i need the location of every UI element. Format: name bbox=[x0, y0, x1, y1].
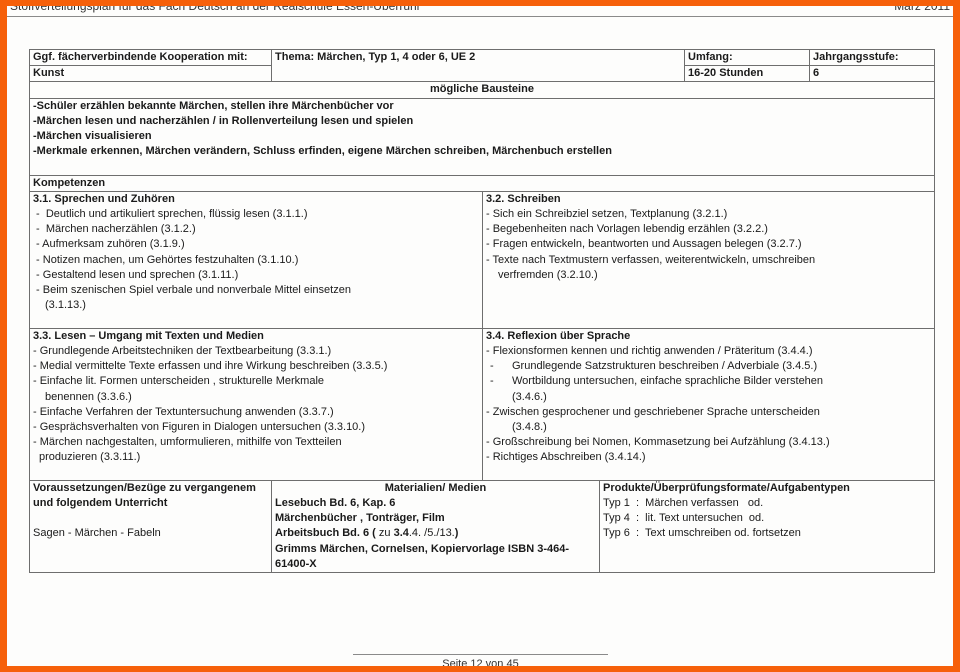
material-item: 61400-X bbox=[275, 557, 596, 572]
bullet: - bbox=[486, 359, 512, 374]
kompetenz-item: -Wortbildung untersuchen, einfache sprac… bbox=[486, 374, 931, 389]
bausteine-heading: mögliche Bausteine bbox=[30, 82, 935, 98]
sprechen-title: 3.1. Sprechen und Zuhören bbox=[33, 192, 479, 207]
kompetenz-item: - Gestaltend lesen und sprechen (3.1.11.… bbox=[33, 268, 479, 283]
kompetenz-item: - Aufmerksam zuhören (3.1.9.) bbox=[33, 237, 479, 252]
produkt-item: Typ 6 : Text umschreiben od. fortsetzen bbox=[603, 526, 931, 541]
kompetenz-item: - Zwischen gesprochener und geschriebene… bbox=[486, 405, 931, 420]
schreiben-title: 3.2. Schreiben bbox=[486, 192, 931, 207]
umfang-label: Umfang: bbox=[685, 50, 810, 66]
kompetenz-item: - Deutlich und artikuliert sprechen, flü… bbox=[33, 207, 479, 222]
schreiben-cell: 3.2. Schreiben - Sich ein Schreibziel se… bbox=[483, 191, 935, 328]
footer-rule bbox=[353, 654, 608, 655]
kompetenz-item-continued: (3.4.8.) bbox=[486, 420, 931, 435]
kompetenz-item-continued: (3.4.6.) bbox=[486, 390, 931, 405]
material-item: Märchenbücher , Tonträger, Film bbox=[275, 511, 596, 526]
jahrgang-label: Jahrgangsstufe: bbox=[810, 50, 935, 66]
footer-page-number: Seite 12 von 45 bbox=[353, 658, 608, 666]
produkte-heading: Produkte/Überprüfungsformate/Aufgabentyp… bbox=[603, 481, 931, 496]
kompetenz-item: - Fragen entwickeln, beantworten und Aus… bbox=[486, 237, 931, 252]
thema-cell: Thema: Märchen, Typ 1, 4 oder 6, UE 2 bbox=[272, 50, 685, 82]
kooperation-label: Ggf. fächerverbindende Kooperation mit: bbox=[30, 50, 272, 66]
produkte-cell: Produkte/Überprüfungsformate/Aufgabentyp… bbox=[600, 480, 935, 572]
material-item: Grimms Märchen, Cornelsen, Kopiervorlage… bbox=[275, 542, 596, 557]
kompetenz-item-continued: (3.1.13.) bbox=[33, 298, 479, 313]
sprechen-zuhoeren-cell: 3.1. Sprechen und Zuhören - Deutlich und… bbox=[30, 191, 483, 328]
voraussetzungen-cell: Voraussetzungen/Bezüge zu vergangenem un… bbox=[30, 480, 272, 572]
running-header: Stoffverteilungsplan für das Fach Deutsc… bbox=[7, 6, 953, 17]
baustein-item: -Märchen visualisieren bbox=[33, 129, 931, 144]
kompetenz-item-continued: produzieren (3.3.11.) bbox=[33, 450, 479, 465]
kooperation-value: Kunst bbox=[30, 66, 272, 82]
kompetenz-item: - Märchen nachgestalten, umformulieren, … bbox=[33, 435, 479, 450]
voraussetzungen-value: Sagen - Märchen - Fabeln bbox=[33, 526, 268, 541]
kompetenz-item: - Sich ein Schreibziel setzen, Textplanu… bbox=[486, 207, 931, 222]
baustein-item: -Schüler erzählen bekannte Märchen, stel… bbox=[33, 99, 931, 114]
kompetenz-item: - Großschreibung bei Nomen, Kommasetzung… bbox=[486, 435, 931, 450]
stoffverteilungsplan-table: Ggf. fächerverbindende Kooperation mit: … bbox=[29, 49, 935, 573]
kompetenz-item: - Einfache lit. Formen unterscheiden , s… bbox=[33, 374, 479, 389]
reflexion-title: 3.4. Reflexion über Sprache bbox=[486, 329, 931, 344]
material-item: Arbeitsbuch Bd. 6 ( zu 3.4.4. /5./13.) bbox=[275, 526, 596, 541]
bullet: - bbox=[486, 374, 512, 389]
materialien-cell: Materialien/ Medien Lesebuch Bd. 6, Kap.… bbox=[272, 480, 600, 572]
kompetenz-item: - Grundlegende Arbeitstechniken der Text… bbox=[33, 344, 479, 359]
lesen-title: 3.3. Lesen – Umgang mit Texten und Medie… bbox=[33, 329, 479, 344]
kompetenz-item: - Flexionsformen kennen und richtig anwe… bbox=[486, 344, 931, 359]
kompetenz-item: - Einfache Verfahren der Textuntersuchun… bbox=[33, 405, 479, 420]
kompetenz-item: - Medial vermittelte Texte erfassen und … bbox=[33, 359, 479, 374]
kompetenz-item: - Gesprächsverhalten von Figuren in Dial… bbox=[33, 420, 479, 435]
kompetenz-item-continued: benennen (3.3.6.) bbox=[33, 390, 479, 405]
bottom-row: Voraussetzungen/Bezüge zu vergangenem un… bbox=[30, 480, 935, 572]
materialien-heading: Materialien/ Medien bbox=[275, 481, 596, 496]
baustein-item: -Merkmale erkennen, Märchen verändern, S… bbox=[33, 144, 931, 159]
document-page: Stoffverteilungsplan für das Fach Deutsc… bbox=[7, 6, 953, 666]
kompetenz-item-continued: verfremden (3.2.10.) bbox=[486, 268, 931, 283]
produkt-item: Typ 1 : Märchen verfassen od. bbox=[603, 496, 931, 511]
header-date: März 2011 bbox=[894, 6, 950, 16]
kompetenz-item: - Notizen machen, um Gehörtes festzuhalt… bbox=[33, 253, 479, 268]
kompetenz-item: - Begebenheiten nach Vorlagen lebendig e… bbox=[486, 222, 931, 237]
umfang-value: 16-20 Stunden bbox=[685, 66, 810, 82]
voraussetzungen-label: Voraussetzungen/Bezüge zu vergangenem bbox=[33, 481, 268, 496]
produkt-item: Typ 4 : lit. Text untersuchen od. bbox=[603, 511, 931, 526]
kompetenz-item: - Richtiges Abschreiben (3.4.14.) bbox=[486, 450, 931, 465]
bausteine-list: -Schüler erzählen bekannte Märchen, stel… bbox=[30, 98, 935, 175]
kompetenz-item: - Märchen nacherzählen (3.1.2.) bbox=[33, 222, 479, 237]
kompetenzen-heading: Kompetenzen bbox=[30, 175, 935, 191]
reflexion-sprache-cell: 3.4. Reflexion über Sprache - Flexionsfo… bbox=[483, 328, 935, 480]
header-title: Stoffverteilungsplan für das Fach Deutsc… bbox=[10, 6, 421, 16]
lesen-medien-cell: 3.3. Lesen – Umgang mit Texten und Medie… bbox=[30, 328, 483, 480]
voraussetzungen-label: und folgendem Unterricht bbox=[33, 496, 268, 511]
jahrgang-value: 6 bbox=[810, 66, 935, 82]
kompetenz-item: - Beim szenischen Spiel verbale und nonv… bbox=[33, 283, 479, 298]
baustein-item: -Märchen lesen und nacherzählen / in Rol… bbox=[33, 114, 931, 129]
material-item: Lesebuch Bd. 6, Kap. 6 bbox=[275, 496, 596, 511]
kompetenz-item: - Texte nach Textmustern verfassen, weit… bbox=[486, 253, 931, 268]
header-row-labels: Ggf. fächerverbindende Kooperation mit: … bbox=[30, 50, 935, 66]
kompetenz-item: -Grundlegende Satzstrukturen beschreiben… bbox=[486, 359, 931, 374]
